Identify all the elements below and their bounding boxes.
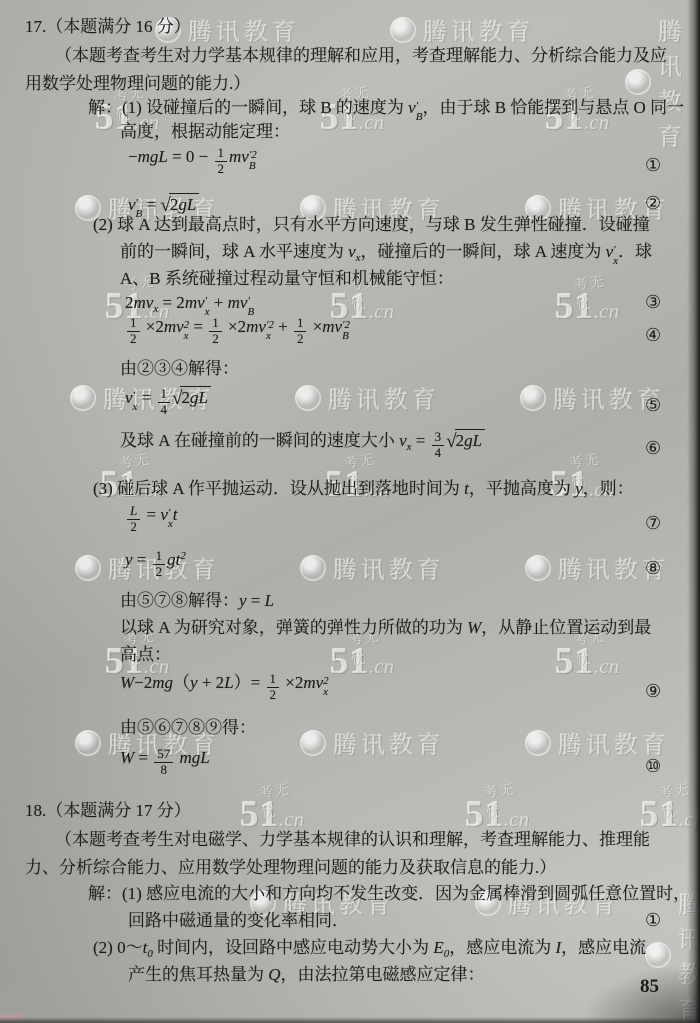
equation-number: ⑩ xyxy=(645,756,661,777)
line-text: −mgL = 0 − 12mv′2B xyxy=(128,147,257,166)
line-text: W = 578 mgL xyxy=(120,748,210,767)
line-text: 12 ×2mv2x = 12 ×2mv′2x + 12 ×mv′2B xyxy=(125,317,350,336)
exam-note-line: （本题考查考生对力学基本规律的理解和应用，考查理解能力、分析综合能力及应 xyxy=(55,45,667,66)
tencent-logo-icon xyxy=(520,385,546,411)
watermark-tencent: 腾讯教育 xyxy=(525,725,670,760)
equation-number: ⑧ xyxy=(645,558,661,579)
line-text: v′B = √2gL xyxy=(128,195,199,214)
equation-number: ④ xyxy=(645,325,661,346)
51cn-tag: 考无忧 xyxy=(483,777,532,822)
line-text: v′x = 14√2gL xyxy=(125,388,211,407)
watermark-tencent-text: 腾讯教育 xyxy=(423,12,535,47)
solution-line: 由⑤⑦⑧解得：y = L xyxy=(120,590,274,611)
51cn-suffix: .cn xyxy=(594,654,619,678)
watermark-tencent: 腾讯教育 xyxy=(300,550,445,585)
line-text: (2) 球 A 达到最高点时，只有水平方向速度，与球 B 发生弹性碰撞．设碰撞 xyxy=(93,215,650,234)
51cn-number: 51 xyxy=(555,286,594,327)
watermark-51cn: 考无忧51.cn xyxy=(555,285,619,328)
exam-note-line: 用数学处理物理问题的能力.） xyxy=(25,73,250,94)
watermark-51cn: 考无忧51.cn xyxy=(330,640,394,683)
solution-line: A、B 系统碰撞过程动量守恒和机械能守恒： xyxy=(120,268,454,289)
watermark-51cn: 考无忧51.cn xyxy=(555,640,619,683)
solution-line: 高点： xyxy=(120,644,171,665)
solution-line: 及球 A 在碰撞前的一瞬间的速度大小 vx = 34√2gL xyxy=(120,429,485,461)
watermark-tencent: 腾讯教育 xyxy=(300,725,445,760)
watermark-tencent: 腾讯教育 xyxy=(390,12,535,47)
equation-line: L2 = v′xt xyxy=(125,504,178,535)
solution-line: 回路中磁通量的变化率相同． xyxy=(128,910,349,931)
51cn-tag: 考无忧 xyxy=(258,777,307,822)
problem-18-heading: 18.（本题满分 17 分） xyxy=(25,800,191,821)
line-text: 由②③④解得： xyxy=(120,359,239,378)
solution-line: 前的一瞬间，球 A 水平速度为 vx，碰撞后的一瞬间，球 A 速度为 v′x．球 xyxy=(120,241,652,267)
tencent-logo-icon xyxy=(300,555,326,581)
scanned-page: 腾讯教育腾讯教育腾讯教育考无忧51.cn考无忧51.cn考无忧51.cn腾讯教育… xyxy=(0,0,700,1023)
line-text: 由⑤⑦⑧解得：y = L xyxy=(120,591,274,610)
51cn-suffix: .cn xyxy=(279,807,304,831)
line-text: 18.（本题满分 17 分） xyxy=(25,801,191,820)
solution-line: (2) 0～t0 时间内，设回路中感应电动势大小为 E0，感应电流为 I，感应电… xyxy=(93,937,646,962)
tencent-logo-icon xyxy=(295,385,321,411)
watermark-tencent: 腾讯教育 xyxy=(520,380,665,415)
line-text: 用数学处理物理问题的能力.） xyxy=(25,74,250,93)
solution-line: 解：(1) 设碰撞后的一瞬间，球 B 的速度为 v′B，由于球 B 恰能摆到与悬… xyxy=(88,97,684,123)
equation-number: ③ xyxy=(645,292,661,313)
equation-number: ⑥ xyxy=(645,438,661,459)
line-text: y = 12gt2 xyxy=(125,550,186,569)
book-bottom-edge xyxy=(0,1017,700,1023)
solution-line: 高度，根据动能定理： xyxy=(120,121,290,142)
equation-number: ⑦ xyxy=(645,513,661,534)
line-text: 及球 A 在碰撞前的一瞬间的速度大小 vx = 34√2gL xyxy=(120,431,485,450)
watermark-tencent-text: 腾讯教育 xyxy=(328,380,440,415)
equation-number: ⑤ xyxy=(645,395,661,416)
line-text: 17.（本题满分 16 分） xyxy=(25,17,191,36)
line-text: 解：(1) 感应电流的大小和方向均不发生改变．因为金属棒滑到圆弧任意位置时， xyxy=(88,884,690,903)
equation-line: 2mvx = 2mv′x + mv′B xyxy=(125,292,254,318)
watermark-tencent: 腾讯教育 xyxy=(295,380,440,415)
line-text: 前的一瞬间，球 A 水平速度为 vx，碰撞后的一瞬间，球 A 速度为 v′x．球 xyxy=(120,242,652,261)
equation-line: v′x = 14√2gL xyxy=(125,386,211,418)
solution-line: 产生的焦耳热量为 Q，由法拉第电磁感应定律： xyxy=(128,964,485,985)
equation-line: y = 12gt2 xyxy=(125,549,186,580)
solution-line: 由⑤⑥⑦⑧⑨得： xyxy=(120,717,256,738)
book-spine-edge xyxy=(687,0,700,1023)
solution-line: 解：(1) 感应电流的大小和方向均不发生改变．因为金属棒滑到圆弧任意位置时， xyxy=(88,883,690,904)
line-text: 高点： xyxy=(120,645,171,664)
line-text: A、B 系统碰撞过程动量守恒和机械能守恒： xyxy=(120,269,454,288)
51cn-number: 51 xyxy=(555,641,594,682)
problem-17-heading: 17.（本题满分 16 分） xyxy=(25,16,191,37)
exam-note-line: 力、分析综合能力、应用数学处理物理问题的能力及获取信息的能力.） xyxy=(25,857,556,878)
equation-number: ⑨ xyxy=(645,681,661,702)
tencent-logo-icon xyxy=(300,730,326,756)
equation-line: 12 ×2mv2x = 12 ×2mv′2x + 12 ×mv′2B xyxy=(125,316,350,347)
line-text: 回路中磁通量的变化率相同． xyxy=(128,911,349,930)
tencent-logo-icon xyxy=(75,555,101,581)
line-text: （本题考查考生对力学基本规律的理解和应用，考查理解能力、分析综合能力及应 xyxy=(55,46,667,65)
tencent-logo-icon xyxy=(525,555,551,581)
tencent-logo-icon xyxy=(75,730,101,756)
line-text: 高度，根据动能定理： xyxy=(120,122,290,141)
line-text: (2) 0～t0 时间内，设回路中感应电动势大小为 E0，感应电流为 I，感应电… xyxy=(93,938,646,957)
tencent-logo-icon xyxy=(525,730,551,756)
51cn-suffix: .cn xyxy=(369,654,394,678)
watermark-tencent-text: 腾讯教育 xyxy=(188,12,300,47)
solution-line: (2) 球 A 达到最高点时，只有水平方向速度，与球 B 发生弹性碰撞．设碰撞 xyxy=(93,214,650,235)
line-text: W−2mg（y + 2L）= 12 ×2mv2x xyxy=(120,673,329,692)
equation-line: W−2mg（y + 2L）= 12 ×2mv2x xyxy=(120,672,329,703)
solution-line: 由②③④解得： xyxy=(120,358,239,379)
51cn-tag: 考无忧 xyxy=(573,269,622,314)
watermark-tencent-text: 腾讯教育 xyxy=(333,725,445,760)
line-text: L2 = v′xt xyxy=(125,505,178,524)
51cn-suffix: .cn xyxy=(369,299,394,323)
line-text: 产生的焦耳热量为 Q，由法拉第电磁感应定律： xyxy=(128,965,485,984)
51cn-number: 51 xyxy=(330,641,369,682)
equation-number: ① xyxy=(645,155,661,176)
equation-line: W = 578 mgL xyxy=(120,747,210,778)
exam-note-line: （本题考查考生对电磁学、力学基本规律的认识和理解，考查理解能力、推理能 xyxy=(55,829,650,850)
tencent-logo-icon xyxy=(70,385,96,411)
line-text: 以球 A 为研究对象，弹簧的弹性力所做的功为 W，从静止位置运动到最 xyxy=(120,618,651,637)
solution-line: 以球 A 为研究对象，弹簧的弹性力所做的功为 W，从静止位置运动到最 xyxy=(120,617,651,638)
solution-line: (3) 碰后球 A 作平抛运动．设从抛出到落地时间为 t，平抛高度为 y，则： xyxy=(93,478,634,499)
watermark-tencent-text: 腾讯教育 xyxy=(558,725,670,760)
line-text: 解：(1) 设碰撞后的一瞬间，球 B 的速度为 v′B，由于球 B 恰能摆到与悬… xyxy=(88,98,684,117)
equation-number: ① xyxy=(645,910,661,931)
line-text: 由⑤⑥⑦⑧⑨得： xyxy=(120,718,256,737)
tencent-logo-icon xyxy=(625,69,651,95)
corner-shadow xyxy=(580,963,700,1023)
line-text: (3) 碰后球 A 作平抛运动．设从抛出到落地时间为 t，平抛高度为 y，则： xyxy=(93,479,634,498)
watermark-tencent-text: 腾讯教育 xyxy=(333,550,445,585)
equation-line: −mgL = 0 − 12mv′2B xyxy=(128,146,257,177)
tencent-logo-icon xyxy=(390,17,416,43)
51cn-suffix: .cn xyxy=(504,807,529,831)
equation-number: ② xyxy=(645,193,661,214)
51cn-suffix: .cn xyxy=(594,299,619,323)
line-text: 2mvx = 2mv′x + mv′B xyxy=(125,293,254,312)
line-text: 力、分析综合能力、应用数学处理物理问题的能力及获取信息的能力.） xyxy=(25,858,556,877)
line-text: （本题考查考生对电磁学、力学基本规律的认识和理解，考查理解能力、推理能 xyxy=(55,830,650,849)
